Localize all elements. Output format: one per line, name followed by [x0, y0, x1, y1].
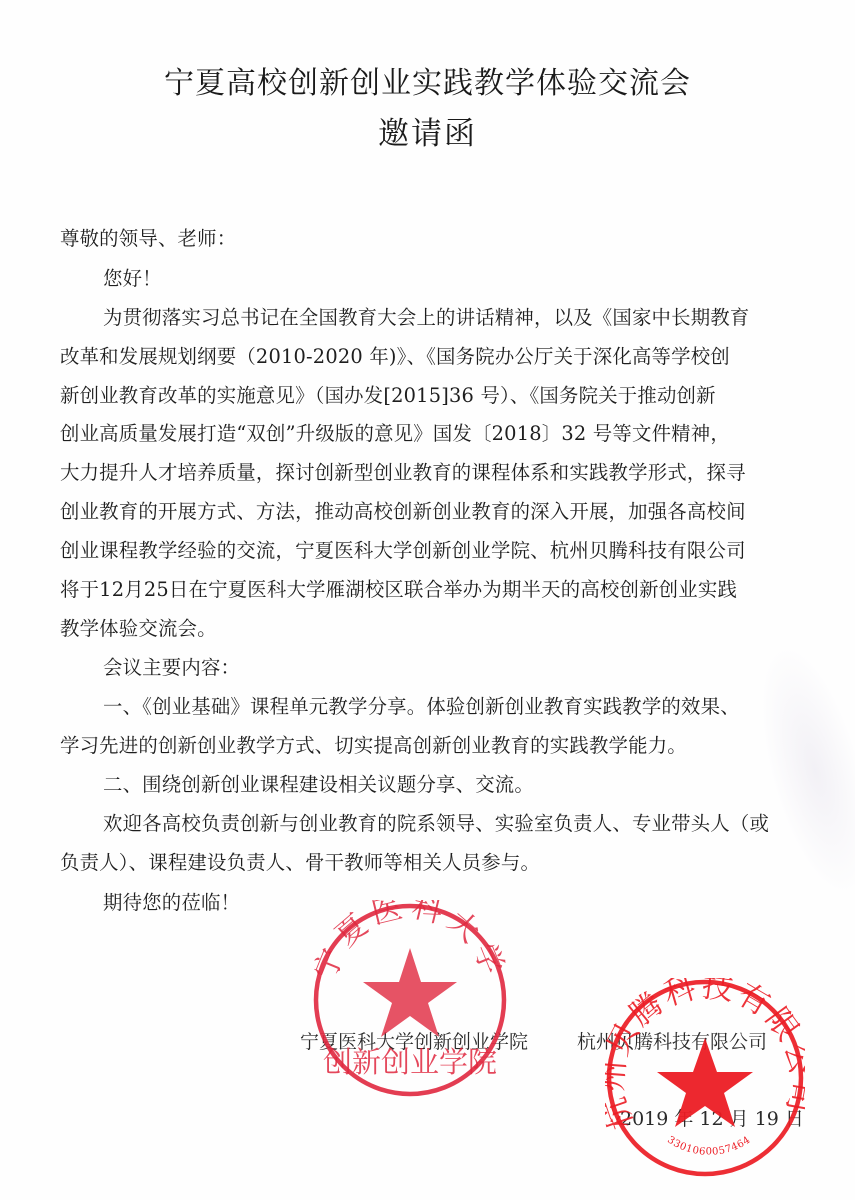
salutation: 尊敬的领导、老师： — [60, 223, 236, 251]
agenda-item-2: 二、围绕创新创业课程建设相关议题分享、交流。 — [103, 769, 534, 797]
star-icon — [363, 948, 457, 1037]
agenda-item-1-cont: 学习先进的创新创业教学方式、切实提高创新创业教育的实践教学能力。 — [60, 730, 687, 758]
stamp2-code: 3301060057464 — [665, 1135, 752, 1158]
welcome-text-cont: 负责人）、课程建设负责人、骨干教师等相关人员参与。 — [60, 847, 540, 875]
greeting: 您好！ — [103, 263, 162, 291]
signatory-2: 杭州贝腾科技有限公司 — [577, 1027, 767, 1054]
stamp1-top-text: 宁夏医科大学 — [310, 900, 510, 985]
signatory-1: 宁夏医科大学创新创业学院 — [300, 1027, 528, 1054]
agenda-item-1: 一、《创业基础》课程单元教学分享。体验创新创业教育实践教学的效果、 — [103, 691, 740, 719]
closing: 期待您的莅临！ — [103, 887, 240, 915]
svg-text:宁夏医科大学: 宁夏医科大学 — [310, 900, 510, 985]
document-date: 2019 年 12 月 19 日 — [620, 1104, 804, 1131]
body-line: 创业高质量发展打造“双创”升级版的意见》国发〔2018〕32 号等文件精神， — [60, 418, 730, 446]
svg-text:3301060057464: 3301060057464 — [665, 1135, 752, 1158]
body-line: 将于12月25日在宁夏医科大学雁湖校区联合举办为期半天的高校创新创业实践 — [60, 574, 737, 602]
document-page: 宁夏高校创新创业实践教学体验交流会 邀请函 尊敬的领导、老师： 您好！ 为贯彻落… — [0, 0, 855, 1200]
university-seal-stamp: 宁夏医科大学 创新创业学院 — [310, 900, 510, 1100]
body-line: 为贯彻落实习总书记在全国教育大会上的讲话精神，以及《国家中长期教育 — [103, 302, 750, 330]
scan-smudge — [738, 633, 855, 907]
company-seal-stamp: 杭州贝腾科技有限公司 3301060057464 — [605, 978, 805, 1178]
document-subtitle: 邀请函 — [0, 108, 855, 153]
body-line: 大力提升人才培养质量，探讨创新型创业教育的课程体系和实践教学形式，探寻 — [60, 457, 746, 485]
welcome-text: 欢迎各高校负责创新与创业教育的院系领导、实验室负责人、专业带头人（或 — [103, 808, 769, 836]
body-line: 改革和发展规划纲要（2010-2020 年)》、《国务院办公厅关于深化高等学校创 — [60, 341, 730, 369]
body-line: 新创业教育改革的实施意见》（国办发[2015]36 号）、《国务院关于推动创新 — [60, 380, 716, 408]
body-line: 创业教育的开展方式、方法，推动高校创新创业教育的深入开展，加强各高校间 — [60, 496, 746, 524]
body-line: 教学体验交流会。 — [60, 613, 217, 641]
document-title: 宁夏高校创新创业实践教学体验交流会 — [0, 58, 855, 102]
body-line: 创业课程教学经验的交流，宁夏医科大学创新创业学院、杭州贝腾科技有限公司 — [60, 535, 746, 563]
agenda-heading: 会议主要内容： — [103, 652, 240, 680]
